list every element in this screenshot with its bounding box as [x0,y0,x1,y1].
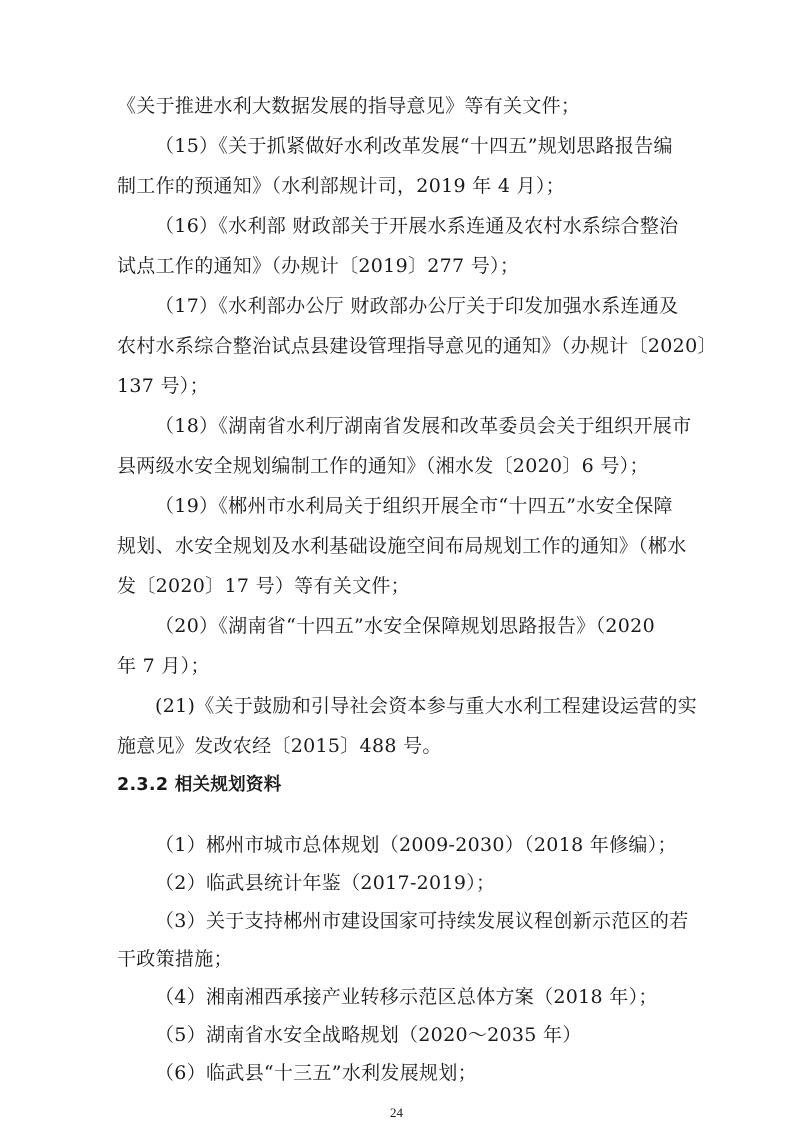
text-line: 137 号）； [117,374,677,398]
text-line: （1）郴州市城市总体规划（2009-2030）（2018 年修编）； [155,833,715,857]
section-heading: 2.3.2 相关规划资料 [117,773,677,797]
text-line: 县两级水安全规划编制工作的通知》（湘水发〔2020〕6 号）； [117,454,677,478]
text-line: 《关于推进水利大数据发展的指导意见》等有关文件； [117,94,677,118]
text-line: （2）临武县统计年鉴（2017-2019）； [155,871,715,895]
text-line: （17）《水利部办公厅 财政部办公厅关于印发加强水系连通及 [155,294,715,318]
text-line: 施意见》发改农经〔2015〕488 号。 [117,734,677,758]
text-line: 年 7 月）； [117,654,677,678]
text-line: （15）《关于抓紧做好水利改革发展“十四五”规划思路报告编 [155,134,715,158]
text-line: （6）临武县“十三五”水利发展规划； [155,1061,715,1085]
text-line: 发〔2020〕17 号）等有关文件； [117,574,677,598]
text-line: 规划、水安全规划及水利基础设施空间布局规划工作的通知》（郴水 [117,534,677,558]
text-line: 制工作的预通知》（水利部规计司，2019 年 4 月）； [117,174,677,198]
text-line: (21)《关于鼓励和引导社会资本参与重大水利工程建设运营的实 [155,694,715,718]
page-number: 24 [0,1105,793,1121]
text-line: 试点工作的通知》（办规计〔2019〕277 号）； [117,254,677,278]
text-line: （3）关于支持郴州市建设国家可持续发展议程创新示范区的若 [155,909,715,933]
text-line: （16）《水利部 财政部关于开展水系连通及农村水系综合整治 [155,214,715,238]
text-line: （20）《湖南省“十四五”水安全保障规划思路报告》（2020 [155,614,715,638]
document-page: 《关于推进水利大数据发展的指导意见》等有关文件；（15）《关于抓紧做好水利改革发… [0,0,793,1122]
text-line: （5）湖南省水安全战略规划（2020～2035 年） [155,1023,715,1047]
text-line: 干政策措施； [117,947,677,971]
text-line: （19）《郴州市水利局关于组织开展全市“十四五”水安全保障 [155,494,715,518]
text-line: 农村水系综合整治试点县建设管理指导意见的通知》（办规计〔2020〕 [117,334,677,358]
text-line: （4）湘南湘西承接产业转移示范区总体方案（2018 年）； [155,985,715,1009]
text-line: （18）《湖南省水利厅湖南省发展和改革委员会关于组织开展市 [155,414,715,438]
